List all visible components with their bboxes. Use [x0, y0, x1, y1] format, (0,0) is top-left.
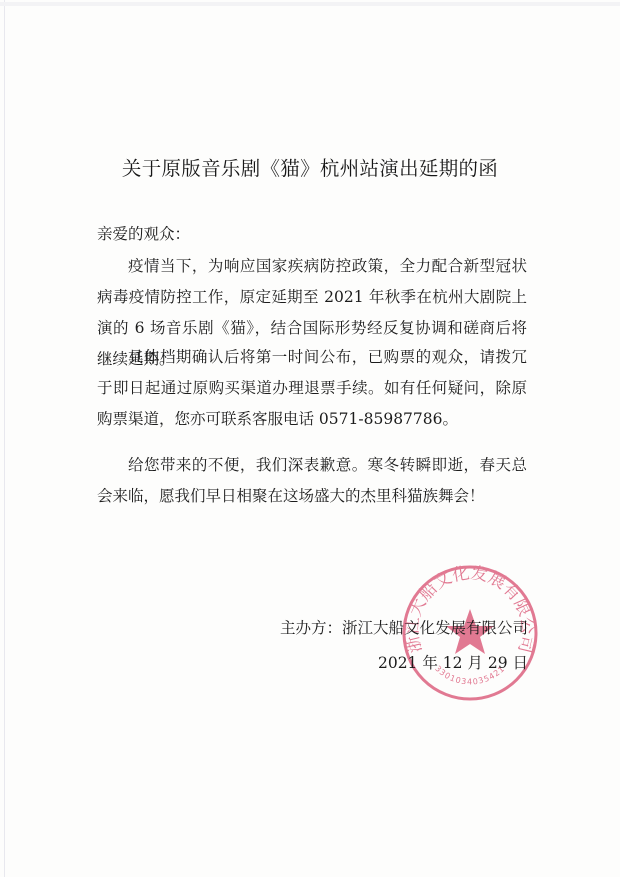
paragraph-3: 给您带来的不便，我们深表歉意。寒冬转瞬即逝，春天总会来临，愿我们早日相聚在这场盛… [97, 450, 527, 512]
scan-edge-left [4, 0, 5, 877]
scan-edge-top [0, 2, 620, 6]
greeting: 亲爱的观众： [97, 223, 190, 245]
signer: 主办方：浙江大船文化发展有限公司 [280, 617, 528, 639]
paragraph-2: 具体档期确认后将第一时间公布，已购票的观众，请拨冗于即日起通过原购买渠道办理退票… [97, 342, 527, 435]
letter-title: 关于原版音乐剧《猫》杭州站演出延期的函 [0, 156, 620, 182]
letter-date: 2021 年 12 月 29 日 [378, 652, 528, 674]
